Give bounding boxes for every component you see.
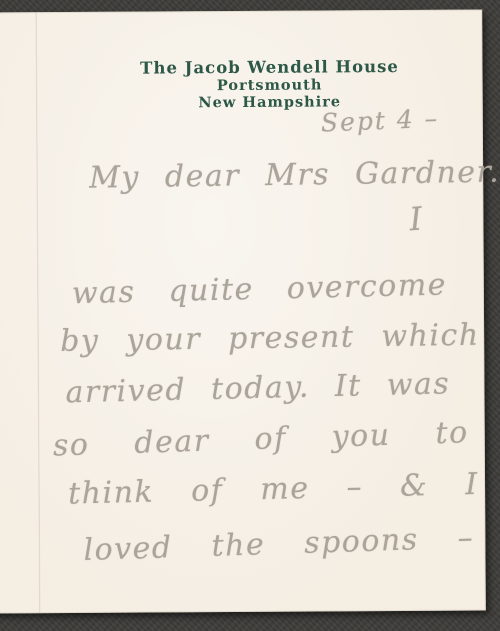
salutation: My dear Mrs Gardner.: [89, 155, 500, 196]
letterhead: The Jacob Wendell House Portsmouth New H…: [134, 57, 404, 112]
letterhead-line-house: The Jacob Wendell House: [134, 57, 404, 78]
letter-paper: The Jacob Wendell House Portsmouth New H…: [0, 9, 486, 613]
body-line: arrived today. It was: [65, 366, 450, 410]
scan-background: The Jacob Wendell House Portsmouth New H…: [0, 0, 500, 631]
handwritten-date: Sept 4 –: [320, 104, 439, 138]
body-line: was quite overcome: [72, 267, 448, 311]
body-line: think of me – & I: [68, 467, 479, 512]
body-line: loved the spoons –: [83, 520, 475, 568]
sentence-start: I: [408, 199, 423, 238]
body-line: so dear of you to: [52, 415, 469, 463]
body-line: by your present which: [60, 318, 480, 359]
fold-crease: [35, 12, 41, 613]
letterhead-line-city: Portsmouth: [135, 76, 405, 95]
